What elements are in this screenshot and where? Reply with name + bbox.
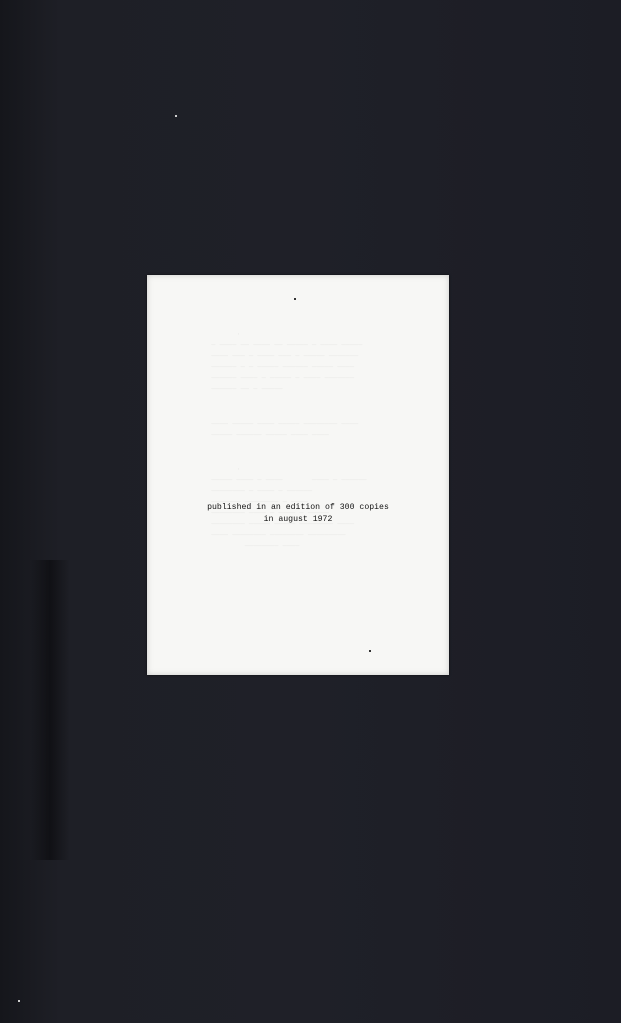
ink-speck (294, 298, 296, 300)
colophon-edition-line: published in an edition of 300 copies (147, 502, 449, 514)
dust-speck (18, 1000, 20, 1002)
scanner-shadow-streak (30, 560, 70, 860)
dust-speck (175, 115, 177, 117)
ink-speck (369, 650, 371, 652)
colophon-date-line: in august 1972 (147, 514, 449, 526)
show-through-text: ──── ───── ──── ───── ──────── ──── ────… (207, 420, 437, 442)
show-through-text: · ─ ──── ── ──── ── ───── ─ ──── ───── ─… (207, 330, 437, 396)
colophon: published in an edition of 300 copies in… (147, 502, 449, 526)
book-page: · ─ ──── ── ──── ── ───── ─ ──── ───── ─… (147, 275, 449, 675)
